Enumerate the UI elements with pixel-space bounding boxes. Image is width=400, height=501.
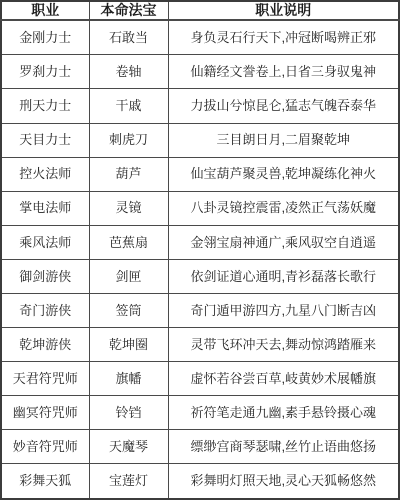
table-row: 乘风法师 芭蕉扇 金翎宝扇神通广,乘风驭空自逍遥 [1, 225, 399, 259]
treasure-cell: 乾坤圈 [89, 328, 168, 362]
desc-cell: 彩舞明灯照天地,灵心天狐畅悠然 [168, 464, 399, 499]
job-cell: 乾坤游侠 [1, 328, 89, 362]
job-cell: 天目力士 [1, 123, 89, 157]
desc-cell: 仙籍经文誊卷上,日省三身驭鬼神 [168, 55, 399, 89]
treasure-cell: 石敢当 [89, 20, 168, 55]
desc-cell: 依剑证道心通明,青衫磊落长歌行 [168, 259, 399, 293]
desc-cell: 八卦灵镜控震雷,凌然正气荡妖魔 [168, 191, 399, 225]
table-header-row: 职业 本命法宝 职业说明 [1, 1, 399, 20]
job-class-table: 职业 本命法宝 职业说明 金刚力士 石敢当 身负灵石行天下,冲冠断喝辨正邪 罗刹… [0, 0, 400, 500]
table-row: 天君符咒师 旗幡 虚怀若谷尝百草,岐黄妙术展幡旗 [1, 362, 399, 396]
desc-cell: 仙宝葫芦聚灵兽,乾坤凝练化神火 [168, 157, 399, 191]
desc-cell: 奇门遁甲游四方,九星八门断吉凶 [168, 293, 399, 327]
treasure-cell: 铃铛 [89, 396, 168, 430]
treasure-cell: 葫芦 [89, 157, 168, 191]
treasure-cell: 芭蕉扇 [89, 225, 168, 259]
treasure-cell: 天魔琴 [89, 430, 168, 464]
table-row: 妙音符咒师 天魔琴 缥缈宫商琴瑟啸,丝竹止语曲悠扬 [1, 430, 399, 464]
job-cell: 掌电法师 [1, 191, 89, 225]
desc-cell: 力拔山兮惊昆仑,猛志气魄吞泰华 [168, 89, 399, 123]
header-desc: 职业说明 [168, 1, 399, 20]
table-body: 金刚力士 石敢当 身负灵石行天下,冲冠断喝辨正邪 罗刹力士 卷轴 仙籍经文誊卷上… [1, 20, 399, 499]
table-row: 控火法师 葫芦 仙宝葫芦聚灵兽,乾坤凝练化神火 [1, 157, 399, 191]
desc-cell: 虚怀若谷尝百草,岐黄妙术展幡旗 [168, 362, 399, 396]
table-row: 金刚力士 石敢当 身负灵石行天下,冲冠断喝辨正邪 [1, 20, 399, 55]
treasure-cell: 灵镜 [89, 191, 168, 225]
job-cell: 幽冥符咒师 [1, 396, 89, 430]
desc-cell: 灵带飞环冲天去,舞动惊鸿踏雁来 [168, 328, 399, 362]
job-cell: 乘风法师 [1, 225, 89, 259]
treasure-cell: 卷轴 [89, 55, 168, 89]
job-cell: 控火法师 [1, 157, 89, 191]
job-cell: 刑天力士 [1, 89, 89, 123]
table-row: 彩舞天狐 宝莲灯 彩舞明灯照天地,灵心天狐畅悠然 [1, 464, 399, 499]
table-row: 罗刹力士 卷轴 仙籍经文誊卷上,日省三身驭鬼神 [1, 55, 399, 89]
treasure-cell: 剑匣 [89, 259, 168, 293]
table-row: 掌电法师 灵镜 八卦灵镜控震雷,凌然正气荡妖魔 [1, 191, 399, 225]
job-cell: 彩舞天狐 [1, 464, 89, 499]
job-cell: 御剑游侠 [1, 259, 89, 293]
table-row: 幽冥符咒师 铃铛 祈符笔走通九幽,素手悬铃摄心魂 [1, 396, 399, 430]
table-row: 御剑游侠 剑匣 依剑证道心通明,青衫磊落长歌行 [1, 259, 399, 293]
table-row: 天目力士 刺虎刀 三目朗日月,二眉聚乾坤 [1, 123, 399, 157]
job-cell: 天君符咒师 [1, 362, 89, 396]
treasure-cell: 宝莲灯 [89, 464, 168, 499]
table-row: 乾坤游侠 乾坤圈 灵带飞环冲天去,舞动惊鸿踏雁来 [1, 328, 399, 362]
job-cell: 罗刹力士 [1, 55, 89, 89]
desc-cell: 身负灵石行天下,冲冠断喝辨正邪 [168, 20, 399, 55]
header-job: 职业 [1, 1, 89, 20]
table-row: 奇门游侠 签筒 奇门遁甲游四方,九星八门断吉凶 [1, 293, 399, 327]
page: 职业 本命法宝 职业说明 金刚力士 石敢当 身负灵石行天下,冲冠断喝辨正邪 罗刹… [0, 0, 400, 501]
header-treasure: 本命法宝 [89, 1, 168, 20]
job-cell: 奇门游侠 [1, 293, 89, 327]
treasure-cell: 刺虎刀 [89, 123, 168, 157]
treasure-cell: 签筒 [89, 293, 168, 327]
table-row: 刑天力士 干戚 力拔山兮惊昆仑,猛志气魄吞泰华 [1, 89, 399, 123]
desc-cell: 金翎宝扇神通广,乘风驭空自逍遥 [168, 225, 399, 259]
desc-cell: 缥缈宫商琴瑟啸,丝竹止语曲悠扬 [168, 430, 399, 464]
job-cell: 妙音符咒师 [1, 430, 89, 464]
job-cell: 金刚力士 [1, 20, 89, 55]
treasure-cell: 干戚 [89, 89, 168, 123]
desc-cell: 祈符笔走通九幽,素手悬铃摄心魂 [168, 396, 399, 430]
treasure-cell: 旗幡 [89, 362, 168, 396]
desc-cell: 三目朗日月,二眉聚乾坤 [168, 123, 399, 157]
